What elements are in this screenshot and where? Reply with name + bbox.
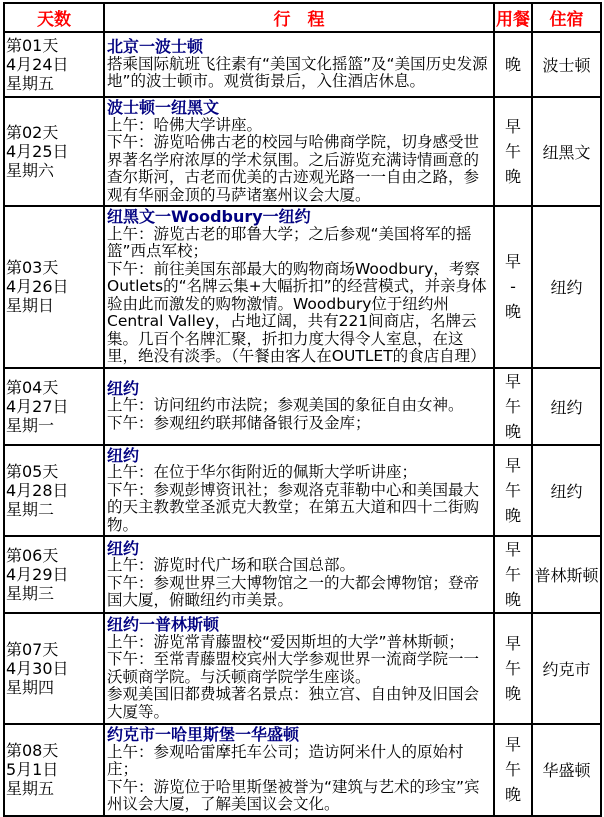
day-date: 5月1日 [6, 760, 103, 779]
day-date: 4月28日 [6, 481, 103, 500]
day-cell: 第01天 4月24日 星期五 [4, 32, 104, 97]
itinerary-row: 第04天 4月27日 星期一 纽约 上午：访问纽约市法院；参观美国的象征自由女神… [4, 368, 601, 445]
day-number: 第05天 [6, 462, 103, 481]
day-cell: 第02天 4月25日 星期六 [4, 97, 104, 206]
route-title: 纽黑文一Woodbury一纽约 [107, 208, 491, 226]
day-number: 第01天 [6, 36, 103, 55]
header-row: 天数 行 程 用餐 住宿 [4, 3, 601, 32]
meals-cell: 早午晚 [494, 724, 532, 816]
stay-cell: 波士顿 [532, 32, 601, 97]
day-date: 4月25日 [6, 142, 103, 161]
meals-cell: 早午晚 [494, 368, 532, 445]
trip-paragraph: 下午：游览位于哈里斯堡被誉为“建筑与艺术的珍宝”宾州议会大厦，了解美国议会文化。 [107, 779, 491, 814]
itinerary-row: 第03天 4月26日 星期日 纽黑文一Woodbury一纽约 上午：游览古老的耶… [4, 206, 601, 368]
day-number: 第08天 [6, 741, 103, 760]
trip-paragraph: 搭乘国际航班飞往素有“美国文化摇篮”及“美国历史发源地”的波士顿市。观赏街景后，… [107, 56, 491, 91]
trip-paragraphs: 上午：游览时代广场和联合国总部。下午：参观世界三大博物馆之一的大都会博物馆；登帝… [107, 557, 491, 610]
meal-line: 午 [495, 394, 531, 419]
meal-line: 晚 [495, 681, 531, 706]
trip-paragraphs: 上午：访问纽约市法院；参观美国的象征自由女神。下午：参观纽约联邦储备银行及金库； [107, 397, 491, 432]
day-weekday: 星期六 [6, 161, 103, 180]
day-weekday: 星期五 [6, 74, 103, 93]
day-weekday: 星期三 [6, 584, 103, 603]
meal-line: 早 [495, 537, 531, 562]
day-date: 4月24日 [6, 55, 103, 74]
meal-line: 午 [495, 139, 531, 164]
itinerary-cell: 北京一波士顿 搭乘国际航班飞往素有“美国文化摇篮”及“美国历史发源地”的波士顿市… [104, 32, 494, 97]
itinerary-row: 第06天 4月29日 星期三 纽约 上午：游览时代广场和联合国总部。下午：参观世… [4, 536, 601, 613]
column-header-stay: 住宿 [532, 3, 601, 32]
meal-line: 晚 [495, 52, 531, 77]
stay-cell: 普林斯顿 [532, 536, 601, 613]
day-weekday: 星期二 [6, 500, 103, 519]
itinerary-body: 第01天 4月24日 星期五 北京一波士顿 搭乘国际航班飞往素有“美国文化摇篮”… [4, 32, 601, 816]
meal-line: - [495, 274, 531, 299]
trip-paragraphs: 上午：哈佛大学讲座。下午：游览哈佛古老的校园与哈佛商学院，切身感受世界著名学府浓… [107, 117, 491, 205]
route-title: 波士顿一纽黑文 [107, 99, 491, 117]
meals-cell: 早午晚 [494, 536, 532, 613]
trip-paragraphs: 搭乘国际航班飞往素有“美国文化摇篮”及“美国历史发源地”的波士顿市。观赏街景后，… [107, 56, 491, 91]
day-number: 第02天 [6, 123, 103, 142]
meal-line: 晚 [495, 164, 531, 189]
meals-cell: 晚 [494, 32, 532, 97]
meal-line: 早 [495, 732, 531, 757]
meal-line: 晚 [495, 503, 531, 528]
meals-cell: 早午晚 [494, 97, 532, 206]
itinerary-row: 第08天 5月1日 星期五 约克市一哈里斯堡一华盛顿 上午：参观哈雷摩托车公司；… [4, 724, 601, 816]
itinerary-row: 第05天 4月28日 星期二 纽约 上午：在位于华尔街附近的佩斯大学听讲座；下午… [4, 445, 601, 537]
stay-cell: 纽约 [532, 445, 601, 537]
trip-paragraph: 参观美国旧都费城著名景点：独立宫、自由钟及旧国会大厦等。 [107, 686, 491, 721]
day-cell: 第04天 4月27日 星期一 [4, 368, 104, 445]
day-cell: 第03天 4月26日 星期日 [4, 206, 104, 368]
day-cell: 第06天 4月29日 星期三 [4, 536, 104, 613]
meal-line: 午 [495, 656, 531, 681]
table-header: 天数 行 程 用餐 住宿 [4, 3, 601, 32]
itinerary-cell: 波士顿一纽黑文 上午：哈佛大学讲座。下午：游览哈佛古老的校园与哈佛商学院，切身感… [104, 97, 494, 206]
column-header-itinerary: 行 程 [104, 3, 494, 32]
trip-paragraphs: 上午：游览古老的耶鲁大学；之后参观“美国将军的摇篮”西点军校；下午：前往美国东部… [107, 226, 491, 366]
route-title: 纽约一普林斯顿 [107, 616, 491, 634]
day-weekday: 星期四 [6, 678, 103, 697]
meal-line: 晚 [495, 299, 531, 324]
meal-line: 晚 [495, 587, 531, 612]
column-header-days: 天数 [4, 3, 104, 32]
trip-paragraph: 上午：哈佛大学讲座。 [107, 117, 491, 135]
day-weekday: 星期五 [6, 779, 103, 798]
meal-line: 早 [495, 369, 531, 394]
stay-cell: 华盛顿 [532, 724, 601, 816]
trip-paragraph: 上午：在位于华尔街附近的佩斯大学听讲座； [107, 464, 491, 482]
day-cell: 第05天 4月28日 星期二 [4, 445, 104, 537]
itinerary-cell: 约克市一哈里斯堡一华盛顿 上午：参观哈雷摩托车公司；造访阿米什人的原始村庄；下午… [104, 724, 494, 816]
trip-paragraph: 下午：参观纽约联邦储备银行及金库； [107, 415, 491, 433]
day-number: 第06天 [6, 546, 103, 565]
trip-paragraph: 下午：至常青藤盟校宾州大学参观世界一流商学院一一沃顿商学院。与沃顿商学院学生座谈… [107, 651, 491, 686]
itinerary-row: 第07天 4月30日 星期四 纽约一普林斯顿 上午：游览常青藤盟校“爱因斯坦的大… [4, 613, 601, 724]
day-number: 第07天 [6, 640, 103, 659]
day-date: 4月27日 [6, 397, 103, 416]
trip-paragraph: 上午：参观哈雷摩托车公司；造访阿米什人的原始村庄； [107, 744, 491, 779]
meal-line: 晚 [495, 782, 531, 807]
day-weekday: 星期一 [6, 416, 103, 435]
trip-paragraphs: 上午：游览常青藤盟校“爱因斯坦的大学”普林斯顿；下午：至常青藤盟校宾州大学参观世… [107, 634, 491, 722]
meals-cell: 早-晚 [494, 206, 532, 368]
trip-paragraphs: 上午：参观哈雷摩托车公司；造访阿米什人的原始村庄；下午：游览位于哈里斯堡被誉为“… [107, 744, 491, 814]
route-title: 约克市一哈里斯堡一华盛顿 [107, 726, 491, 744]
itinerary-cell: 纽约 上午：访问纽约市法院；参观美国的象征自由女神。下午：参观纽约联邦储备银行及… [104, 368, 494, 445]
day-number: 第03天 [6, 258, 103, 277]
meal-line: 午 [495, 757, 531, 782]
trip-paragraph: 下午：前往美国东部最大的购物商场Woodbury，考察Outlets的“名牌云集… [107, 261, 491, 366]
route-title: 纽约 [107, 380, 491, 398]
itinerary-row: 第01天 4月24日 星期五 北京一波士顿 搭乘国际航班飞往素有“美国文化摇篮”… [4, 32, 601, 97]
meals-cell: 早午晚 [494, 613, 532, 724]
itinerary-row: 第02天 4月25日 星期六 波士顿一纽黑文 上午：哈佛大学讲座。下午：游览哈佛… [4, 97, 601, 206]
stay-cell: 纽黑文 [532, 97, 601, 206]
meal-line: 午 [495, 562, 531, 587]
trip-paragraph: 上午：游览常青藤盟校“爱因斯坦的大学”普林斯顿； [107, 634, 491, 652]
itinerary-cell: 纽黑文一Woodbury一纽约 上午：游览古老的耶鲁大学；之后参观“美国将军的摇… [104, 206, 494, 368]
trip-paragraph: 下午：参观世界三大博物馆之一的大都会博物馆；登帝国大厦，俯瞰纽约市美景。 [107, 575, 491, 610]
day-weekday: 星期日 [6, 296, 103, 315]
meal-line: 早 [495, 114, 531, 139]
route-title: 纽约 [107, 447, 491, 465]
trip-paragraphs: 上午：在位于华尔街附近的佩斯大学听讲座；下午：参观彭博资讯社；参观洛克菲勒中心和… [107, 464, 491, 534]
day-cell: 第08天 5月1日 星期五 [4, 724, 104, 816]
meal-line: 晚 [495, 419, 531, 444]
day-number: 第04天 [6, 378, 103, 397]
stay-cell: 纽约 [532, 368, 601, 445]
stay-cell: 约克市 [532, 613, 601, 724]
trip-paragraph: 上午：游览古老的耶鲁大学；之后参观“美国将军的摇篮”西点军校； [107, 226, 491, 261]
meal-line: 早 [495, 631, 531, 656]
column-header-meals: 用餐 [494, 3, 532, 32]
day-date: 4月29日 [6, 565, 103, 584]
trip-paragraph: 上午：游览时代广场和联合国总部。 [107, 557, 491, 575]
day-cell: 第07天 4月30日 星期四 [4, 613, 104, 724]
itinerary-cell: 纽约 上午：游览时代广场和联合国总部。下午：参观世界三大博物馆之一的大都会博物馆… [104, 536, 494, 613]
stay-cell: 纽约 [532, 206, 601, 368]
trip-paragraph: 下午：参观彭博资讯社；参观洛克菲勒中心和美国最大的天主教教堂圣派克大教堂；在第五… [107, 482, 491, 535]
day-date: 4月26日 [6, 277, 103, 296]
itinerary-cell: 纽约一普林斯顿 上午：游览常青藤盟校“爱因斯坦的大学”普林斯顿；下午：至常青藤盟… [104, 613, 494, 724]
trip-paragraph: 上午：访问纽约市法院；参观美国的象征自由女神。 [107, 397, 491, 415]
route-title: 纽约 [107, 540, 491, 558]
meal-line: 午 [495, 478, 531, 503]
trip-paragraph: 下午：游览哈佛古老的校园与哈佛商学院，切身感受世界著名学府浓厚的学术氛围。之后游… [107, 134, 491, 204]
route-title: 北京一波士顿 [107, 38, 491, 56]
day-date: 4月30日 [6, 659, 103, 678]
meals-cell: 早午晚 [494, 445, 532, 537]
meal-line: 早 [495, 249, 531, 274]
itinerary-cell: 纽约 上午：在位于华尔街附近的佩斯大学听讲座；下午：参观彭博资讯社；参观洛克菲勒… [104, 445, 494, 537]
itinerary-table: 天数 行 程 用餐 住宿 第01天 4月24日 星期五 北京一波士顿 搭乘国际航… [3, 2, 602, 817]
meal-line: 早 [495, 453, 531, 478]
